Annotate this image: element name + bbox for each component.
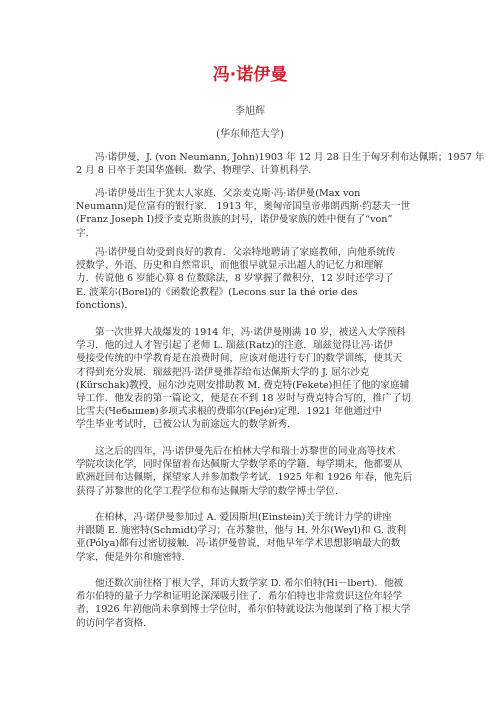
paragraph-line: 学生毕业考试时，已被公认为前途远大的数学新秀． [76, 418, 426, 431]
paragraph-line: fonctions). [76, 299, 426, 312]
paragraph-line: 这之后的四年，冯·诺伊曼先后在柏林大学和瑞士苏黎世的同业高等技术 [76, 445, 426, 458]
paragraph-line: 冯·诺伊曼，J. (von Neumann, John)1903 年 12 月 … [76, 151, 426, 164]
paragraph: 冯·诺伊曼，J. (von Neumann, John)1903 年 12 月 … [76, 151, 426, 177]
paragraph-line: 学家，便是外尔和施密特． [76, 551, 426, 564]
paragraph-line: 力．传说他 6 岁能心算 8 位数除法，8 岁掌握了微积分，12 岁时还学习了 [76, 272, 426, 285]
paragraph-line: 比雪夫(Чебышев)多项式求根的费耶尔(Fejér)定理．1921 年他通过… [76, 405, 426, 418]
paragraph-line: 并跟随 E. 施密特(Schmidt)学习；在苏黎世，他与 H. 外尔(Weyl… [76, 524, 426, 537]
paragraph-line: 他还数次前往格丁根大学，拜访大数学家 D. 希尔伯特(Hi－lbert)．他被 [76, 577, 426, 590]
document-title: 冯·诺伊曼 [0, 60, 500, 85]
paragraph: 第一次世界大战爆发的 1914 年，冯·诺伊曼刚满 10 岁，被送入大学预科学习… [76, 326, 426, 432]
paragraph-line: (Franz Joseph I)授予麦克斯贵族的封号，诺伊曼家族的姓中便有了“v… [76, 213, 426, 226]
paragraph-line: 希尔伯特的量子力学和证明论深深吸引住了．希尔伯特也非常赏识这位年轻学 [76, 590, 426, 603]
paragraph-line: Neumann)是位富有的银行家． 1913 年，奥匈帝国皇帝弗朗西斯·约瑟夫一… [76, 200, 426, 213]
paragraph: 在柏林，冯·诺伊曼参加过 A. 爱因斯坦(Einstein)关于统计力学的讲座并… [76, 511, 426, 564]
paragraph: 这之后的四年，冯·诺伊曼先后在柏林大学和瑞士苏黎世的同业高等技术学院攻读化学，同… [76, 445, 426, 498]
paragraph-line: 曼接受传统的中学教育是在浪费时间，应该对他进行专门的数学训练，使其天 [76, 352, 426, 365]
paragraph-line: 获得了苏黎世的化学工程学位和布达佩斯大学的数学博士学位． [76, 485, 426, 498]
paragraph: 冯·诺伊曼自幼受到良好的教育．父亲特地聘请了家庭教师，向他系统传授数学、外语、历… [76, 246, 426, 312]
paragraph-line: 冯·诺伊曼出生于犹太人家庭．父亲麦克斯·冯·诺伊曼(Max von [76, 187, 426, 200]
paragraph-line: 亚(Pólya)都有过密切接触．冯·诺伊曼曾说，对他早年学术思想影响最大的数 [76, 537, 426, 550]
paragraph-line: 导工作．他发表的第一篇论文，便是在不到 18 岁时与费克特合写的，推广了切 [76, 392, 426, 405]
paragraph-line: E. 波莱尔(Borel)的《函数论教程》(Lecons sur la thé … [76, 286, 426, 299]
paragraph-line: 冯·诺伊曼自幼受到良好的教育．父亲特地聘请了家庭教师，向他系统传 [76, 246, 426, 259]
paragraph-line: 学院攻读化学，同时保留着布达佩斯大学数学系的学籍．每学期末，他都要从 [76, 458, 426, 471]
paragraph-line: 第一次世界大战爆发的 1914 年，冯·诺伊曼刚满 10 岁，被送入大学预科 [76, 326, 426, 339]
paragraph-line: 2 月 8 日卒于美国华盛顿．数学、物理学、计算机科学． [76, 164, 426, 177]
paragraph-line: 授数学、外语、历史和自然常识，而他很早就显示出超人的记忆力和理解 [76, 259, 426, 272]
paragraph-line: 才得到充分发展．瑞兹把冯·诺伊曼推荐给布达佩斯大学的 J. 屈尔沙克 [76, 366, 426, 379]
paragraph-line: 的访问学者资格． [76, 617, 426, 630]
document-page: 冯·诺伊曼 李旭辉 (华东师范大学) 冯·诺伊曼，J. (von Neumann… [0, 0, 500, 708]
paragraph-line: 欧洲赶回布达佩斯，探望家人并参加数学考试．1925 年和 1926 年春，他先后 [76, 471, 426, 484]
paragraph-line: (Kürschak)教授，屈尔沙克则安排助教 M. 费克特(Fekete)担任了… [76, 379, 426, 392]
author-name: 李旭辉 [0, 102, 500, 117]
paragraph: 冯·诺伊曼出生于犹太人家庭．父亲麦克斯·冯·诺伊曼(Max vonNeumann… [76, 187, 426, 240]
paragraph-line: 字． [76, 227, 426, 240]
paragraph-line: 学习．他的过人才智引起了老师 L. 瑞兹(Ratz)的注意．瑞兹觉得让冯·诺伊 [76, 339, 426, 352]
paragraph-line: 在柏林，冯·诺伊曼参加过 A. 爱因斯坦(Einstein)关于统计力学的讲座 [76, 511, 426, 524]
author-affiliation: (华东师范大学) [0, 125, 500, 140]
paragraph: 他还数次前往格丁根大学，拜访大数学家 D. 希尔伯特(Hi－lbert)．他被希… [76, 577, 426, 630]
paragraph-line: 者，1926 年初他尚未拿到博士学位时，希尔伯特就设法为他谋到了格丁根大学 [76, 603, 426, 616]
